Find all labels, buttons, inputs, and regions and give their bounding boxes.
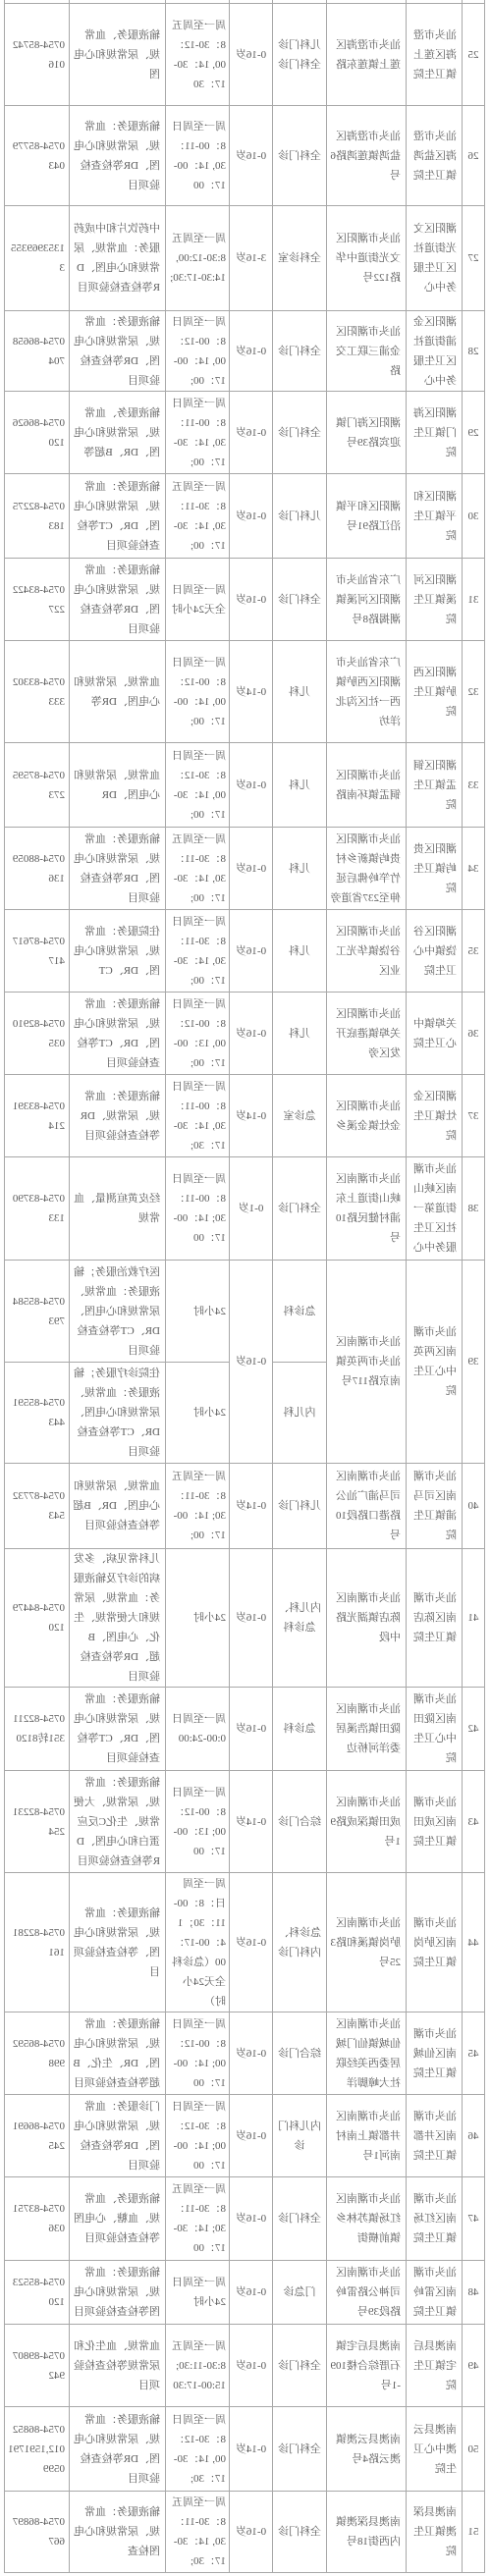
empty-cell [326,0,406,3]
institution-name: 关埠镇中心卫生院 [406,993,462,1074]
age-range: 0-16岁 [229,474,272,558]
department: 儿科门诊 全科门诊 [272,4,326,105]
institution-name: 汕头市潮南区雷岭镇卫生院 [406,2261,462,2324]
table-row: 28 潮阳区金浦街道社区卫生服务中心 汕头市潮阳区金浦三联工交路 全科门诊 0-… [4,311,484,392]
phone: 0754-85584793 [4,1261,69,1362]
department: 全科门诊 [272,2492,326,2572]
service-content: 血常规、尿常规和心电图、DR [69,743,165,827]
department: 儿科门诊 [272,1464,326,1548]
mirrored-table-scan: 25 汕头市澄海区莲上镇卫生院 汕头市澄海区莲上镇莲东路 儿科门诊 全科门诊 0… [0,0,491,2576]
age-range: 0-16岁 [229,743,272,827]
phone: 13539693553 [4,206,69,310]
row-index: 43 [462,1771,484,1872]
service-hours: 24小时 [165,1363,229,1463]
department: 综合门诊 [272,1771,326,1872]
service-hours: 周一至周五 8：30-11：30; 14：00-17：00; [165,1464,229,1548]
age-range: 0-16岁 [229,828,272,909]
phone: 0754-89807942 [4,2325,69,2406]
department: 门急诊 [272,2261,326,2324]
service-content: 输液服务：血常规、尿常规和心电图、DR、生化、B超等检查检验项目 [69,2012,165,2094]
table-row: 35 潮阳区谷饶镇中心卫生院 汕头市潮阳区谷饶镇华光工业区 儿科 0-16岁 周… [4,910,484,993]
address: 汕头市潮南区陇田镇浩溪居委洋河桥边 [326,1688,406,1770]
row-index: 50 [462,2407,484,2491]
service-hours: 周一至周日 8：00-11：30, 14：30-17：30; [165,1075,229,1156]
institution-name: 潮阳区海门镇卫生院 [406,392,462,473]
address: 汕头市潮南区陈店镇湖光路中段 [326,1549,406,1687]
department: 全科门诊 [272,2325,326,2406]
service-hours: 周一至周日 8：00-12：00, 14：00-17：00; [165,641,229,742]
service-hours: 周一至周日 8：00-11：30, 14：30-17：00; [165,392,229,473]
phone: 0754-86658704 [4,311,69,391]
department: 全科门诊 [272,106,326,205]
age-range: 0-16岁 [229,106,272,205]
service-content: 血常规、尿常规和心电图、DR、B超等检查检验项目 [69,1464,165,1548]
phone: 0754-87732543 [4,1464,69,1548]
service-hours: 周一至周日 0:00-24:00 [165,1688,229,1770]
service-hours: 周一至周日 8：00-12：00, 13：00-17：00; [165,993,229,1074]
service-hours: 周一至周日 8：00-11：30; 14：00-17：00 [165,1157,229,1260]
address: 汕头市潮阳区谷饶镇华光工业区 [326,910,406,992]
service-content: 血常规、血生化和尿常规等检查检验项目 [69,2325,165,2406]
phone: 0754-87617417 [4,910,69,992]
phone: 0754-86691245 [4,2095,69,2176]
empty-cell [462,0,484,3]
address: 汕头市潮阳区文光街道中华路122号 [326,206,406,310]
institution-name: 潮阳区金浦街道社区卫生服务中心 [406,311,462,391]
service-content: 输液服务：血常规、尿常规和心电图、DR等检查检验项目 [69,106,165,205]
service-content: 门诊服务：血常规、尿常规和心电图、DR等检查检验项目 [69,2095,165,2176]
institution-name: 南澳县云澳中心卫生院 [406,2407,462,2491]
table-row: 36 关埠镇中心卫生院 汕头市潮阳区关埠镇港底开发区旁 儿科 0-16岁 周一至… [4,993,484,1075]
service-hours: 周一至周日 全天24小时 [165,559,229,640]
institution-name: 潮阳区河溪镇卫生院 [406,559,462,640]
row-index: 37 [462,1075,484,1156]
table-row: 48 汕头市潮南区雷岭镇卫生院 汕头市潮南区司神公路雷岭路段39号 门急诊 0-… [4,2261,484,2325]
department-group: 急诊科 内儿科 [272,1261,326,1463]
age-range: 0-16岁 [229,1688,272,1770]
age-range: 0-16岁 [229,2012,272,2094]
row-index: 46 [462,2095,484,2176]
service-content: 输液服务：血常规、尿常规和心电图等检查检验项目 [69,2261,165,2324]
row-index: 51 [462,2492,484,2572]
address: 汕头市潮南区司神公路雷岭路段39号 [326,2261,406,2324]
table-row: 25 汕头市澄海区莲上镇卫生院 汕头市澄海区莲上镇莲东路 儿科门诊 全科门诊 0… [4,4,484,106]
table-row: 41 汕头市潮南区陈店镇卫生院 汕头市潮南区陈店镇湖光路中段 内儿科、急诊科 0… [4,1549,484,1688]
institution-name: 汕头市潮南区红场镇卫生院 [406,2177,462,2260]
empty-cell [4,0,69,3]
row-index: 38 [462,1157,484,1260]
service-content: 输液服务：血常规、尿常规和心电图、DR、CT等检查检验项目 [69,474,165,558]
department: 内儿科门诊 [272,2095,326,2176]
service-hours: 周一至周日 24小时 [165,2261,229,2324]
row-index: 31 [462,559,484,640]
service-hours: 周一至周日 8：30-12：00; 14：00-17：00 [165,2095,229,2176]
phone: 0754-85742016 [4,4,69,105]
age-range: 0-16岁 [229,1549,272,1687]
phone: 0754-86626120 [4,392,69,473]
service-content: 输液服务：血常规、尿常规和心电图、DR等检查检验项目 [69,559,165,640]
department: 急诊科 [272,1261,326,1363]
table-row: 37 潮阳区金灶镇卫生院 汕头市潮阳区金灶镇金溪乡 急诊室 0-14岁 周一至周… [4,1075,484,1157]
institution-name: 汕头市潮南区两英中心卫生院 [406,1261,462,1463]
age-range: 3-16岁 [229,206,272,310]
address: 汕头市潮南区井都镇上南村南河1号 [326,2095,406,2176]
age-range: 0-14岁 [229,1771,272,1872]
department: 儿科 [272,641,326,742]
row-index: 34 [462,828,484,909]
address: 汕头市潮南区胪岗镇溪和路325号 [326,1873,406,2012]
department: 全科门诊 [272,1157,326,1260]
department: 全科门诊 [272,392,326,473]
address: 广东省汕头市潮阳区西胪镇西一社区沟北洋坊 [326,641,406,742]
phone: 0754-86852012,15917910599 [4,2407,69,2491]
address: 汕头市潮阳区金浦三联工交路 [326,311,406,391]
row-index: 40 [462,1464,484,1548]
service-content: 输液服务：血常规、尿常规和心电图、DR等检查检验项目 [69,2407,165,2491]
row-index: 33 [462,743,484,827]
department: 急诊科 [272,1688,326,1770]
table-row: 40 汕头市潮南区司马浦镇卫生院 汕头市潮南区司马浦广汕公路港口路段10号 儿科… [4,1464,484,1549]
age-range: 0-16岁 [229,1261,272,1463]
table-row: 26 汕头市澄海区盐鸿镇卫生院 汕头市澄海区盐鸿镇莲鸿路6号 全科门诊 0-16… [4,106,484,206]
department: 全科诊室 [272,206,326,310]
institution-name: 潮阳区西胪镇卫生院 [406,641,462,742]
service-content: 住院诊疗服务；输液服务：血常规、尿常规和心电图、DR、CT等检查检验项目 [69,1363,165,1463]
institution-name: 汕头市潮南区胪岗镇卫生院 [406,1873,462,2012]
service-content: 输液服务：血常规、尿常规和心电图、DR、CT等检查检验项目 [69,1688,165,1770]
service-content: 血常规、尿常规和心电图、DR等 [69,641,165,742]
department: 急诊科、内科门诊 [272,1873,326,2012]
row-index: 35 [462,910,484,992]
phone: 0754-87595273 [4,743,69,827]
service-hours: 周一至周五 8：30-11：30, 14：30-17：30; [165,2492,229,2572]
institution-name: 汕头市潮南区司马浦镇卫生院 [406,1464,462,1548]
age-range: 0-16岁 [229,2325,272,2406]
table-row: 44 汕头市潮南区胪岗镇卫生院 汕头市潮南区胪岗镇溪和路325号 急诊科、内科门… [4,1873,484,2012]
address: 南澳县深澳镇内西街18号 [326,2492,406,2572]
table-row: 32 潮阳区西胪镇卫生院 广东省汕头市潮阳区西胪镇西一社区沟北洋坊 儿科 0-1… [4,641,484,743]
row-index: 42 [462,1688,484,1770]
age-range: 0-16岁 [229,311,272,391]
department: 内儿科、急诊科 [272,1549,326,1687]
row-index: 47 [462,2177,484,2260]
phone: 0754-82231254 [4,1771,69,1872]
service-content: 输液服务、血常规、尿常规和心电图 [69,4,165,105]
phone: 0754-85779043 [4,106,69,205]
service-hours: 周一至周日 8：00-11：30, 14：00-17：00 [165,106,229,205]
service-hours: 周一至周日 8：00-12：00, 14：00-17：00; [165,311,229,391]
institution-name: 南澳县深澳镇卫生院 [406,2492,462,2572]
service-hours: 周一至周日 8：30-11：30, 14：30-17：00; [165,910,229,992]
phone: 0754-88059136 [4,828,69,909]
institution-name: 潮阳区文光街道社区卫生服务中心 [406,206,462,310]
row-index: 44 [462,1873,484,2012]
department: 儿科 [272,910,326,992]
institution-name: 潮阳区贵屿镇卫生院 [406,828,462,909]
address: 汕头市澄海区盐鸿镇莲鸿路6号 [326,106,406,205]
service-content: 输液服务、血常规、血糖、心电图等检查检验项目 [69,2177,165,2260]
address: 汕头市潮南区汕头市两英镇南京路117号 [326,1261,406,1463]
department: 全科门诊 [272,2407,326,2491]
institution-name: 潮阳区谷饶镇中心卫生院 [406,910,462,992]
service-content: 输液服务：血常规、尿常规和心电图检查 [69,2492,165,2572]
address: 汕头市澄海区莲上镇莲东路 [326,4,406,105]
phone: 0754-82910035 [4,993,69,1074]
age-range: 0-14岁 [229,1464,272,1548]
empty-cell [406,0,462,3]
address: 汕头市潮南区成田镇深成路91号 [326,1771,406,1872]
age-range: 0-16岁 [229,2095,272,2176]
phone: 0754-83751036 [4,2177,69,2260]
service-content: 输液服务：血常规、尿常规和心电图、DR等检查检验项目 [69,311,165,391]
institution-name: 汕头市潮南区陇田中心卫生院 [406,1688,462,1770]
age-range: 0-16岁 [229,4,272,105]
table-row: 42 汕头市潮南区陇田中心卫生院 汕头市潮南区陇田镇浩溪居委洋河桥边 急诊科 0… [4,1688,484,1771]
row-index: 36 [462,993,484,1074]
service-hours: 周一至周日 8：30-12：00, 14：30-17：30; [165,2407,229,2491]
service-hours: 周一至周五 8：30-11：30, 14：30-17：00; [165,474,229,558]
table-row: 45 汕头市潮南区仙城镇卫生院 汕头市潮南区仙城镇仙门城居委西美经联社大嶂脚洋 … [4,2012,484,2095]
age-range: 0-14岁 [229,641,272,742]
row-index: 27 [462,206,484,310]
department: 儿科 [272,743,326,827]
table-row: 49 南澳县后宅镇卫生院 南澳县后宅镇石厝综合楼109-1号 全科门诊 0-16… [4,2325,484,2407]
sub-row: 24小时 住院诊疗服务；输液服务：血常规、尿常规和心电图、DR、CT等检查检验项… [4,1363,229,1463]
address: 汕头市潮阳区金灶镇金溪乡 [326,1075,406,1156]
service-hours: 周一至周日 8：00-12：00; 13：00-17：00 [165,1771,229,1872]
table-row: 29 潮阳区海门镇卫生院 潮阳区海门镇迎宾路39号 全科门诊 0-16岁 周一至… [4,392,484,474]
table-row-merged: 39 汕头市潮南区两英中心卫生院 汕头市潮南区汕头市两英镇南京路117号 急诊科… [4,1261,484,1464]
service-content: 输液服务：血常规、尿常规和心电图、等检查检验项目 [69,1873,165,2012]
phone: 0754-83391214 [4,1075,69,1156]
department: 内儿科 [272,1363,326,1463]
row-index: 29 [462,392,484,473]
institution-name: 潮阳区金灶镇卫生院 [406,1075,462,1156]
row-index: 45 [462,2012,484,2094]
phone: 0754-83790133 [4,1157,69,1260]
age-range: 0-1岁 [229,1157,272,1260]
age-range: 0-16岁 [229,2492,272,2572]
phone: 0754-86592998 [4,2012,69,2094]
table-row: 30 潮阳区和平镇卫生院 潮阳区和平镇沿江路91号 儿科门诊 0-16岁 周一至… [4,474,484,559]
service-hours: 周一至周日 8：30-12：00, 14：30-17：00; [165,743,229,827]
phone: 0754-83302333 [4,641,69,742]
service-hours: 周一至周五 8：30-11：30; 14：30-17：00 [165,2177,229,2260]
table-row: 31 潮阳区河溪镇卫生院 广东省汕头市潮阳区河溪镇潮揭路8号 全科门诊 0-16… [4,559,484,641]
service-hours: 周一至周日 8：00-12：00; 14：00-17：00 [165,2012,229,2094]
service-hours: 周一至周五 8：30-12：00, 14：30-17：30 [165,4,229,105]
service-content: 输液服务、血常规、尿常规和心电图、DR、B超等 [69,392,165,473]
table-row: 34 潮阳区贵屿镇卫生院 汕头市潮阳区贵屿镇新乡村竹竿岭佛后延伸至237省道旁 … [4,828,484,910]
empty-cell [229,0,272,3]
phone: 0754-82281161 [4,1873,69,2012]
phone: 0754-85591443 [4,1363,69,1463]
service-content: 输液服务：血常规、尿常规和心电图、DR等检查检验项目 [69,828,165,909]
age-range: 0-16岁 [229,559,272,640]
service-hours: 周一至周日：8：00-11：30；14：00-17：00（急诊科全天24小时） [165,1873,229,2012]
department: 综合门诊 [272,2012,326,2094]
clinic-table: 25 汕头市澄海区莲上镇卫生院 汕头市澄海区莲上镇莲东路 儿科门诊 全科门诊 0… [4,0,485,2573]
table-row: 47 汕头市潮南区红场镇卫生院 汕头市潮南区红场镇苏林乡镇前横街 全科门诊 0-… [4,2177,484,2261]
empty-cell [165,0,229,3]
institution-name: 汕头市潮南区井都镇卫生院 [406,2095,462,2176]
address: 南澳县后宅镇石厝综合楼109-1号 [326,2325,406,2406]
phone: 0754-86897667 [4,2492,69,2572]
address: 汕头市潮南区仙城镇仙门城居委西美经联社大嶂脚洋 [326,2012,406,2094]
service-content: 中药饮片和中成药服务：血常规、尿常规和心电图、DR等检查检验项目 [69,206,165,310]
institution-name: 潮阳区和平镇卫生院 [406,474,462,558]
sub-row-group: 24小时 医疗救治服务；输液服务：血常规、尿常规和心电图、DR、CT等检查检验项… [4,1261,229,1463]
address: 潮阳区和平镇沿江路91号 [326,474,406,558]
row-index: 49 [462,2325,484,2406]
service-hours: 周一至周五 8:30-12:00, 14:30-17:30; [165,206,229,310]
phone: 0754-85523120 [4,2261,69,2324]
institution-name: 汕头市潮南区峡山街道第一社区卫生服务中心 [406,1157,462,1260]
institution-name: 潮阳区铜盂镇卫生院 [406,743,462,827]
age-range: 0-16岁 [229,993,272,1074]
institution-name: 汕头市澄海区盐鸿镇卫生院 [406,106,462,205]
service-hours: 24小时 [165,1261,229,1362]
department: 全科门诊 [272,559,326,640]
age-range: 0-14岁 [229,1075,272,1156]
address: 南澳县云澳镇澳云路4号 [326,2407,406,2491]
address: 汕头市潮阳区铜盂镇环南路 [326,743,406,827]
department: 儿科 [272,993,326,1074]
age-range: 0-16岁 [229,2261,272,2324]
table-row: 27 潮阳区文光街道社区卫生服务中心 汕头市潮阳区文光街道中华路122号 全科诊… [4,206,484,311]
table-row: 51 南澳县深澳镇卫生院 南澳县深澳镇内西街18号 全科门诊 0-16岁 周一至… [4,2492,484,2573]
table-row: 38 汕头市潮南区峡山街道第一社区卫生服务中心 汕头市潮南区峡山街道上东浦村健民… [4,1157,484,1261]
table-row: 43 汕头市潮南区成田镇卫生院 汕头市潮南区成田镇深成路91号 综合门诊 0-1… [4,1771,484,1873]
age-range: 0-16岁 [229,2177,272,2260]
department: 全科门诊 [272,2177,326,2260]
row-index: 26 [462,106,484,205]
service-hours: 24小时 [165,1549,229,1687]
institution-name: 南澳县后宅镇卫生院 [406,2325,462,2406]
department: 全科门诊 [272,311,326,391]
age-range: 0-16岁 [229,1873,272,2012]
address: 汕头市潮阳区关埠镇港底开发区旁 [326,993,406,1074]
phone: 0754-84479120 [4,1549,69,1687]
address: 汕头市潮南区红场镇苏林乡镇前横街 [326,2177,406,2260]
service-hours: 周一至周五 8:30-11:30; 15:00-17:30 [165,2325,229,2406]
service-content: 住院服务：血常规、尿常规和心电图、DR、CT [69,910,165,992]
row-index: 25 [462,4,484,105]
address: 汕头市潮南区峡山街道上东浦村健民路10号 [326,1157,406,1260]
phone: 0754-83422227 [4,559,69,640]
service-content: 经皮黄疸测量、血常规 [69,1157,165,1260]
address: 汕头市潮南区司马浦广汕公路港口路段10号 [326,1464,406,1548]
address: 汕头市潮阳区贵屿镇新乡村竹竿岭佛后延伸至237省道旁 [326,828,406,909]
row-index: 28 [462,311,484,391]
service-content: 儿科常见病、多发病的诊疗及输液服务：血常规、尿常规和大便常规、生化、心电图、B超… [69,1549,165,1687]
age-range: 0-14岁 [229,2407,272,2491]
department: 急诊室 [272,1075,326,1156]
row-index: 39 [462,1261,484,1463]
address: 潮阳区海门镇迎宾路39号 [326,392,406,473]
phone: 0754-82211351转8120 [4,1688,69,1770]
table-row: 33 潮阳区铜盂镇卫生院 汕头市潮阳区铜盂镇环南路 儿科 0-16岁 周一至周日… [4,743,484,828]
table-row: 46 汕头市潮南区井都镇卫生院 汕头市潮南区井都镇上南村南河1号 内儿科门诊 0… [4,2095,484,2177]
row-index: 48 [462,2261,484,2324]
institution-name: 汕头市潮南区仙城镇卫生院 [406,2012,462,2094]
empty-cell [272,0,326,3]
institution-name: 汕头市潮南区陈店镇卫生院 [406,1549,462,1687]
service-content: 医疗救治服务；输液服务：血常规、尿常规和心电图、DR、CT等检查检验项目 [69,1261,165,1362]
service-content: 输液服务：血常规、尿常规、DR等检查检验项目 [69,1075,165,1156]
department: 儿科 [272,828,326,909]
sub-row: 24小时 医疗救治服务；输液服务：血常规、尿常规和心电图、DR、CT等检查检验项… [4,1261,229,1363]
table-row: 50 南澳县云澳中心卫生院 南澳县云澳镇澳云路4号 全科门诊 0-14岁 周一至… [4,2407,484,2492]
service-content: 输液服务：血常规、尿常规、大便常规、生化C反应蛋白和心电图、DR等检查检验项目 [69,1771,165,1872]
institution-name: 汕头市澄海区莲上镇卫生院 [406,4,462,105]
service-content: 输液服务：血常规、尿常规和心电图、DR、CT等检查检验项目 [69,993,165,1074]
department: 儿科门诊 [272,474,326,558]
age-range: 0-16岁 [229,392,272,473]
row-index: 32 [462,641,484,742]
age-range: 0-16岁 [229,910,272,992]
service-hours: 周一至周五 8：30-11：30, 14：30-17：00; [165,828,229,909]
row-index: 41 [462,1549,484,1687]
empty-cell [69,0,165,3]
institution-name: 汕头市潮南区成田镇卫生院 [406,1771,462,1872]
row-index: 30 [462,474,484,558]
phone: 0754-82275183 [4,474,69,558]
address: 广东省汕头市潮阳区河溪镇潮揭路8号 [326,559,406,640]
